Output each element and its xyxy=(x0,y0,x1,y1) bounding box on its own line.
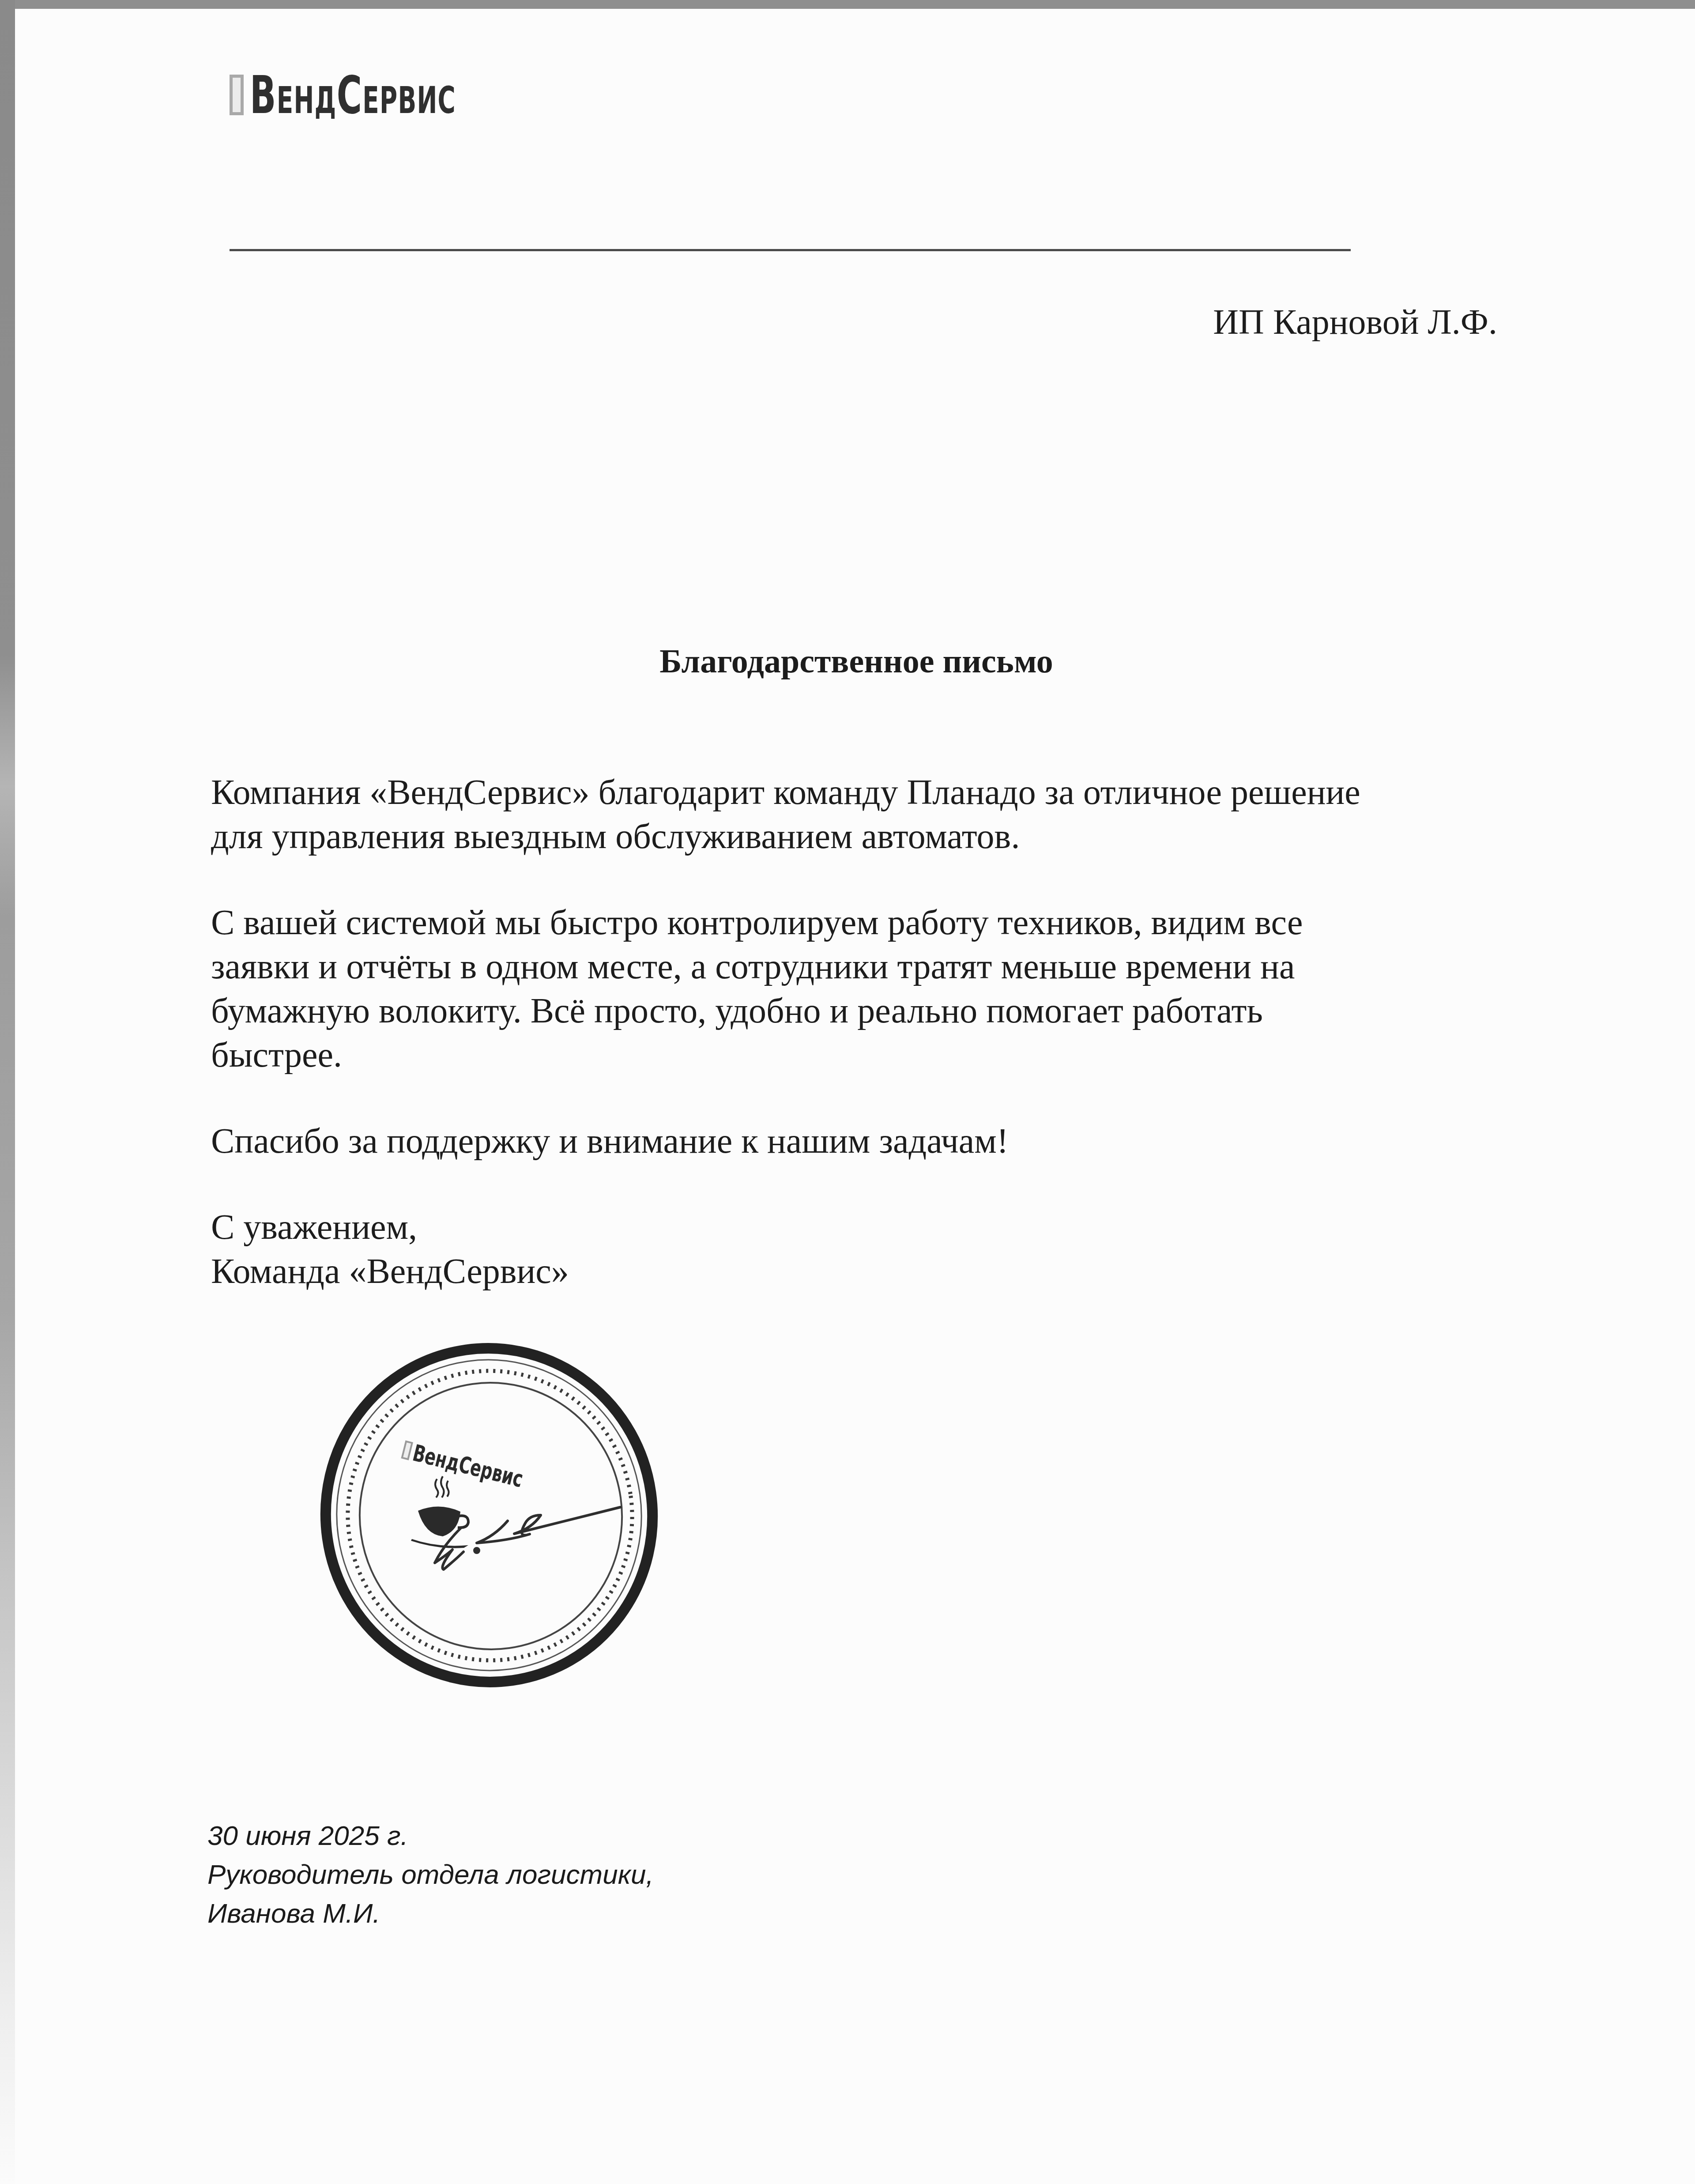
recipient: ИП Карновой Л.Ф. xyxy=(1213,300,1497,344)
scan-edge-top xyxy=(0,0,1695,9)
letter-date: 30 июня 2025 г. xyxy=(207,1817,654,1856)
signer-name: Иванова М.И. xyxy=(207,1894,654,1933)
closing: С уважением, Команда «ВендСервис» xyxy=(211,1205,1491,1294)
text-line: заявки и отчёты в одном месте, а сотрудн… xyxy=(211,945,1491,989)
paragraph-benefits: С вашей системой мы быстро контролируем … xyxy=(211,901,1491,1077)
text-line: быстрее. xyxy=(211,1033,1491,1077)
text-line: Компания «ВендСервис» благодарит команду… xyxy=(211,770,1491,815)
scan-edge-left xyxy=(0,0,15,2184)
text-line: С вашей системой мы быстро контролируем … xyxy=(211,901,1491,945)
document-title: Благодарственное письмо xyxy=(0,639,1695,683)
square-bracket-mark-icon xyxy=(230,75,244,115)
company-stamp: ВендСервис xyxy=(309,1333,706,1700)
stamp-logo-text: ВендСервис xyxy=(410,1440,526,1493)
paragraph-gratitude: Спасибо за поддержку и внимание к нашим … xyxy=(211,1119,1491,1163)
logo-text: ВендСервис xyxy=(250,73,456,117)
signature-block: 30 июня 2025 г. Руководитель отдела логи… xyxy=(207,1817,654,1933)
text-line: для управления выездным обслуживанием ав… xyxy=(211,815,1491,859)
letterhead-logo: ВендСервис xyxy=(230,73,562,117)
text-line: Спасибо за поддержку и внимание к нашим … xyxy=(211,1119,1491,1163)
letter-body: Компания «ВендСервис» благодарит команду… xyxy=(211,770,1491,1294)
coffee-cup-icon xyxy=(411,1476,468,1548)
paragraph-thanks: Компания «ВендСервис» благодарит команду… xyxy=(211,770,1491,859)
signer-position: Руководитель отдела логистики, xyxy=(207,1856,654,1894)
letterhead-divider xyxy=(230,249,1351,251)
closing-signature-team: Команда «ВендСервис» xyxy=(211,1249,1491,1294)
text-line: бумажную волокиту. Всё просто, удобно и … xyxy=(211,989,1491,1033)
closing-salutation: С уважением, xyxy=(211,1205,1491,1249)
